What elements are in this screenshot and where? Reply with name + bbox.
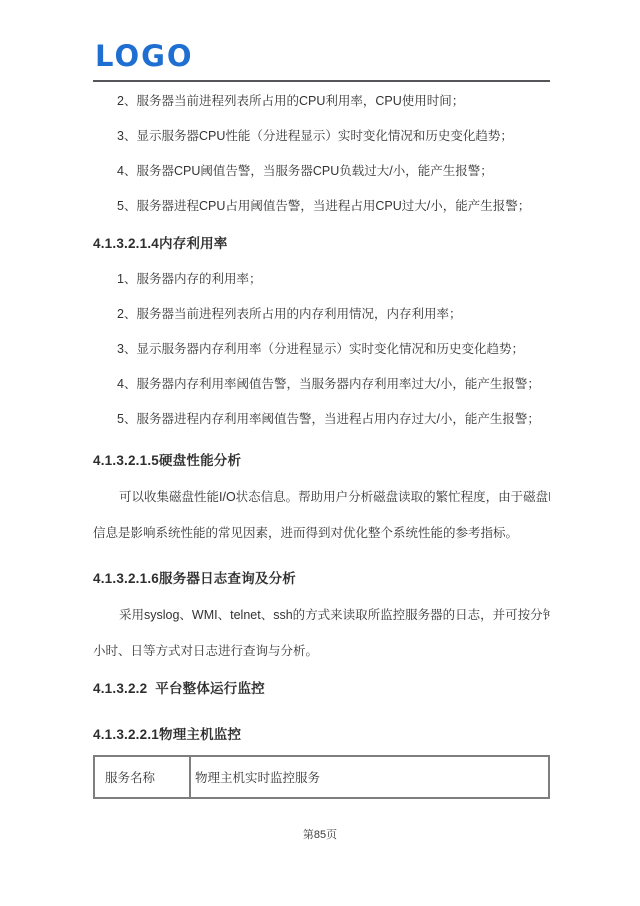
table-cell-service-name-value: 物理主机实时监控服务 xyxy=(190,756,549,798)
list-item: 5、服务器进程内存利用率阈值告警，当进程占用内存过大/小，能产生报警； xyxy=(93,402,550,437)
list-item: 4、服务器CPU阈值告警，当服务器CPU负载过大/小，能产生报警； xyxy=(93,154,550,189)
list-item: 5、服务器进程CPU占用阈值告警，当进程占用CPU过大/小，能产生报警； xyxy=(93,189,550,224)
list-item: 4、服务器内存利用率阈值告警，当服务器内存利用率过大/小，能产生报警； xyxy=(93,367,550,402)
page-content: LOGO 2、服务器当前进程列表所占用的CPU利用率，CPU使用时间； 3、显示… xyxy=(0,42,640,799)
paragraph-line: 小时、日等方式对日志进行查询与分析。 xyxy=(93,633,550,669)
paragraph-line: 采用syslog、WMI、telnet、ssh的方式来读取所监控服务器的日志，并… xyxy=(93,597,550,633)
list-item: 2、服务器当前进程列表所占用的内存利用情况，内存利用率； xyxy=(93,297,550,332)
service-table: 服务名称 物理主机实时监控服务 xyxy=(93,755,550,799)
table-row: 服务名称 物理主机实时监控服务 xyxy=(94,756,549,798)
table-cell-service-name-label: 服务名称 xyxy=(94,756,190,798)
memory-monitor-list: 1、服务器内存的利用率； 2、服务器当前进程列表所占用的内存利用情况，内存利用率… xyxy=(93,262,550,437)
heading-physical-host-monitor: 4.1.3.2.2.1物理主机监控 xyxy=(93,717,550,753)
logo: LOGO xyxy=(95,42,550,71)
page-number: 第85页 xyxy=(303,829,337,841)
header-divider xyxy=(93,80,550,82)
page-footer: 第85页 xyxy=(0,826,640,842)
heading-disk-performance: 4.1.3.2.1.5硬盘性能分析 xyxy=(93,443,550,479)
page-header: LOGO xyxy=(93,42,550,82)
list-item: 3、显示服务器CPU性能（分进程显示）实时变化情况和历史变化趋势； xyxy=(93,119,550,154)
list-item: 2、服务器当前进程列表所占用的CPU利用率，CPU使用时间； xyxy=(93,84,550,119)
document-page: LOGO 2、服务器当前进程列表所占用的CPU利用率，CPU使用时间； 3、显示… xyxy=(0,0,640,906)
list-item: 3、显示服务器内存利用率（分进程显示）实时变化情况和历史变化趋势； xyxy=(93,332,550,367)
paragraph-line: 可以收集磁盘性能I/O状态信息。帮助用户分析磁盘读取的繁忙程度，由于磁盘I/O xyxy=(93,479,550,515)
paragraph-line: 信息是影响系统性能的常见因素，进而得到对优化整个系统性能的参考指标。 xyxy=(93,515,550,551)
cpu-monitor-list: 2、服务器当前进程列表所占用的CPU利用率，CPU使用时间； 3、显示服务器CP… xyxy=(93,84,550,224)
heading-platform-monitor: 4.1.3.2.2 平台整体运行监控 xyxy=(93,671,550,707)
list-item: 1、服务器内存的利用率； xyxy=(93,262,550,297)
heading-memory-utilization: 4.1.3.2.1.4内存利用率 xyxy=(93,226,550,262)
heading-log-query: 4.1.3.2.1.6服务器日志查询及分析 xyxy=(93,561,550,597)
